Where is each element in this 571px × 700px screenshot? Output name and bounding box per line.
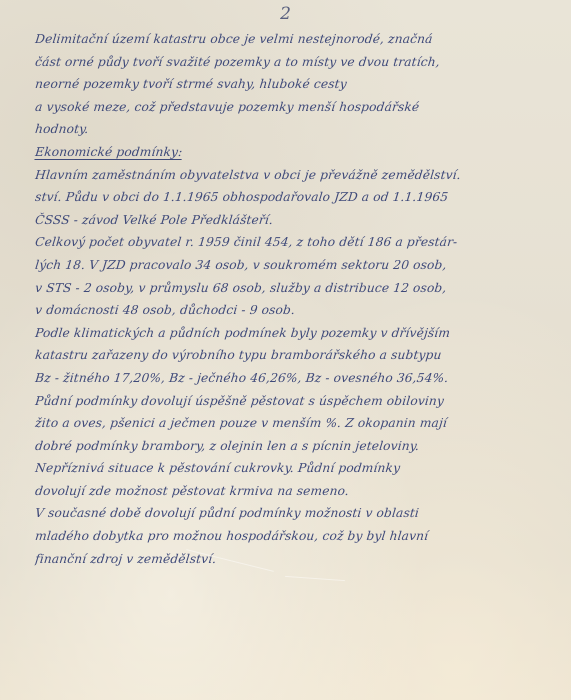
text-line: část orné půdy tvoří svažité pozemky a t… [34,51,556,74]
text-line: hodnoty. [34,118,556,141]
text-line: v STS - 2 osoby, v průmyslu 68 osob, slu… [34,277,556,300]
text-line: Podle klimatických a půdních podmínek by… [34,322,556,345]
text-line: lých 18. V JZD pracovalo 34 osob, v souk… [34,254,556,277]
text-line: ství. Půdu v obci do 1.1.1965 obhospodař… [34,186,556,209]
text-line: finanční zdroj v zemědělství. [34,548,556,571]
text-line: dobré podmínky brambory, z olejnin len a… [34,435,556,458]
chronicle-page: 2 Delimitační území katastru obce je vel… [0,0,571,700]
paragraph-cadastral-area: Delimitační území katastru obce je velmi… [34,28,554,141]
text-line: Delimitační území katastru obce je velmi… [34,28,556,51]
text-line: v domácnosti 48 osob, důchodci - 9 osob. [34,299,556,322]
section-heading: Ekonomické podmínky: [34,141,556,164]
text-line: Celkový počet obyvatel r. 1959 činil 454… [34,231,556,254]
text-line: ČSSS - závod Velké Pole Předklášteří. [34,209,556,232]
text-line: V současné době dovolují půdní podmínky … [34,502,556,525]
text-line: dovolují zde možnost pěstovat krmiva na … [34,480,556,503]
text-line: neorné pozemky tvoří strmé svahy, hlubok… [34,73,556,96]
text-line: mladého dobytka pro možnou hospodářskou,… [34,525,556,548]
paragraph-climate-soil: Podle klimatických a půdních podmínek by… [34,322,554,503]
text-line: a vysoké meze, což představuje pozemky m… [34,96,556,119]
text-line: Půdní podmínky dovolují úspěšně pěstovat… [34,390,556,413]
page-number: 2 [0,4,571,24]
section-economic-conditions: Ekonomické podmínky: Hlavním zaměstnáním… [34,141,554,322]
text-line: žito a oves, pšenici a ječmen pouze v me… [34,412,556,435]
text-line: Nepříznivá situace k pěstování cukrovky.… [34,457,556,480]
handwritten-text-body: Delimitační území katastru obce je velmi… [34,28,554,570]
paper-crease [285,576,345,581]
text-line: Hlavním zaměstnáním obyvatelstva v obci … [34,164,556,187]
text-line: Bz - žitného 17,20%, Bz - ječného 46,26%… [34,367,556,390]
text-line: katastru zařazeny do výrobního typu bram… [34,344,556,367]
paragraph-closing: V současné době dovolují půdní podmínky … [34,502,554,570]
